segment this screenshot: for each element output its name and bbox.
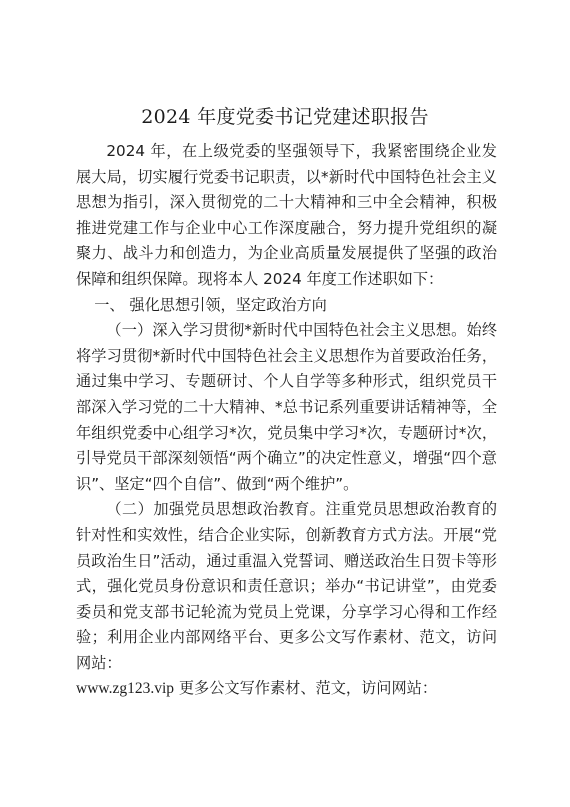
footer-line: www.zg123.vip 更多公文写作素材、范文，访问网站：: [76, 676, 497, 702]
document-title: 2024 年度党委书记党建述职报告: [0, 104, 570, 130]
footer-line-text: 更多公文写作素材、范文，访问网站：: [174, 679, 437, 697]
document-body: 2024 年，在上级党委的坚强领导下，我紧密围绕企业发展大局，切实履行党委书记职…: [76, 139, 497, 702]
website-url: www.zg123.vip: [76, 680, 174, 697]
intro-paragraph: 2024 年，在上级党委的坚强领导下，我紧密围绕企业发展大局，切实履行党委书记职…: [76, 139, 497, 293]
subsection-1-1-paragraph: （一）深入学习贯彻*新时代中国特色社会主义思想。始终将学习贯彻*新时代中国特色社…: [76, 318, 497, 497]
document-page: 2024 年度党委书记党建述职报告 2024 年，在上级党委的坚强领导下，我紧密…: [0, 0, 570, 807]
subsection-1-2-paragraph: （二）加强党员思想政治教育。注重党员思想政治教育的针对性和实效性，结合企业实际，…: [76, 497, 497, 676]
section-heading-1: 一、 强化思想引领，坚定政治方向: [76, 293, 497, 319]
